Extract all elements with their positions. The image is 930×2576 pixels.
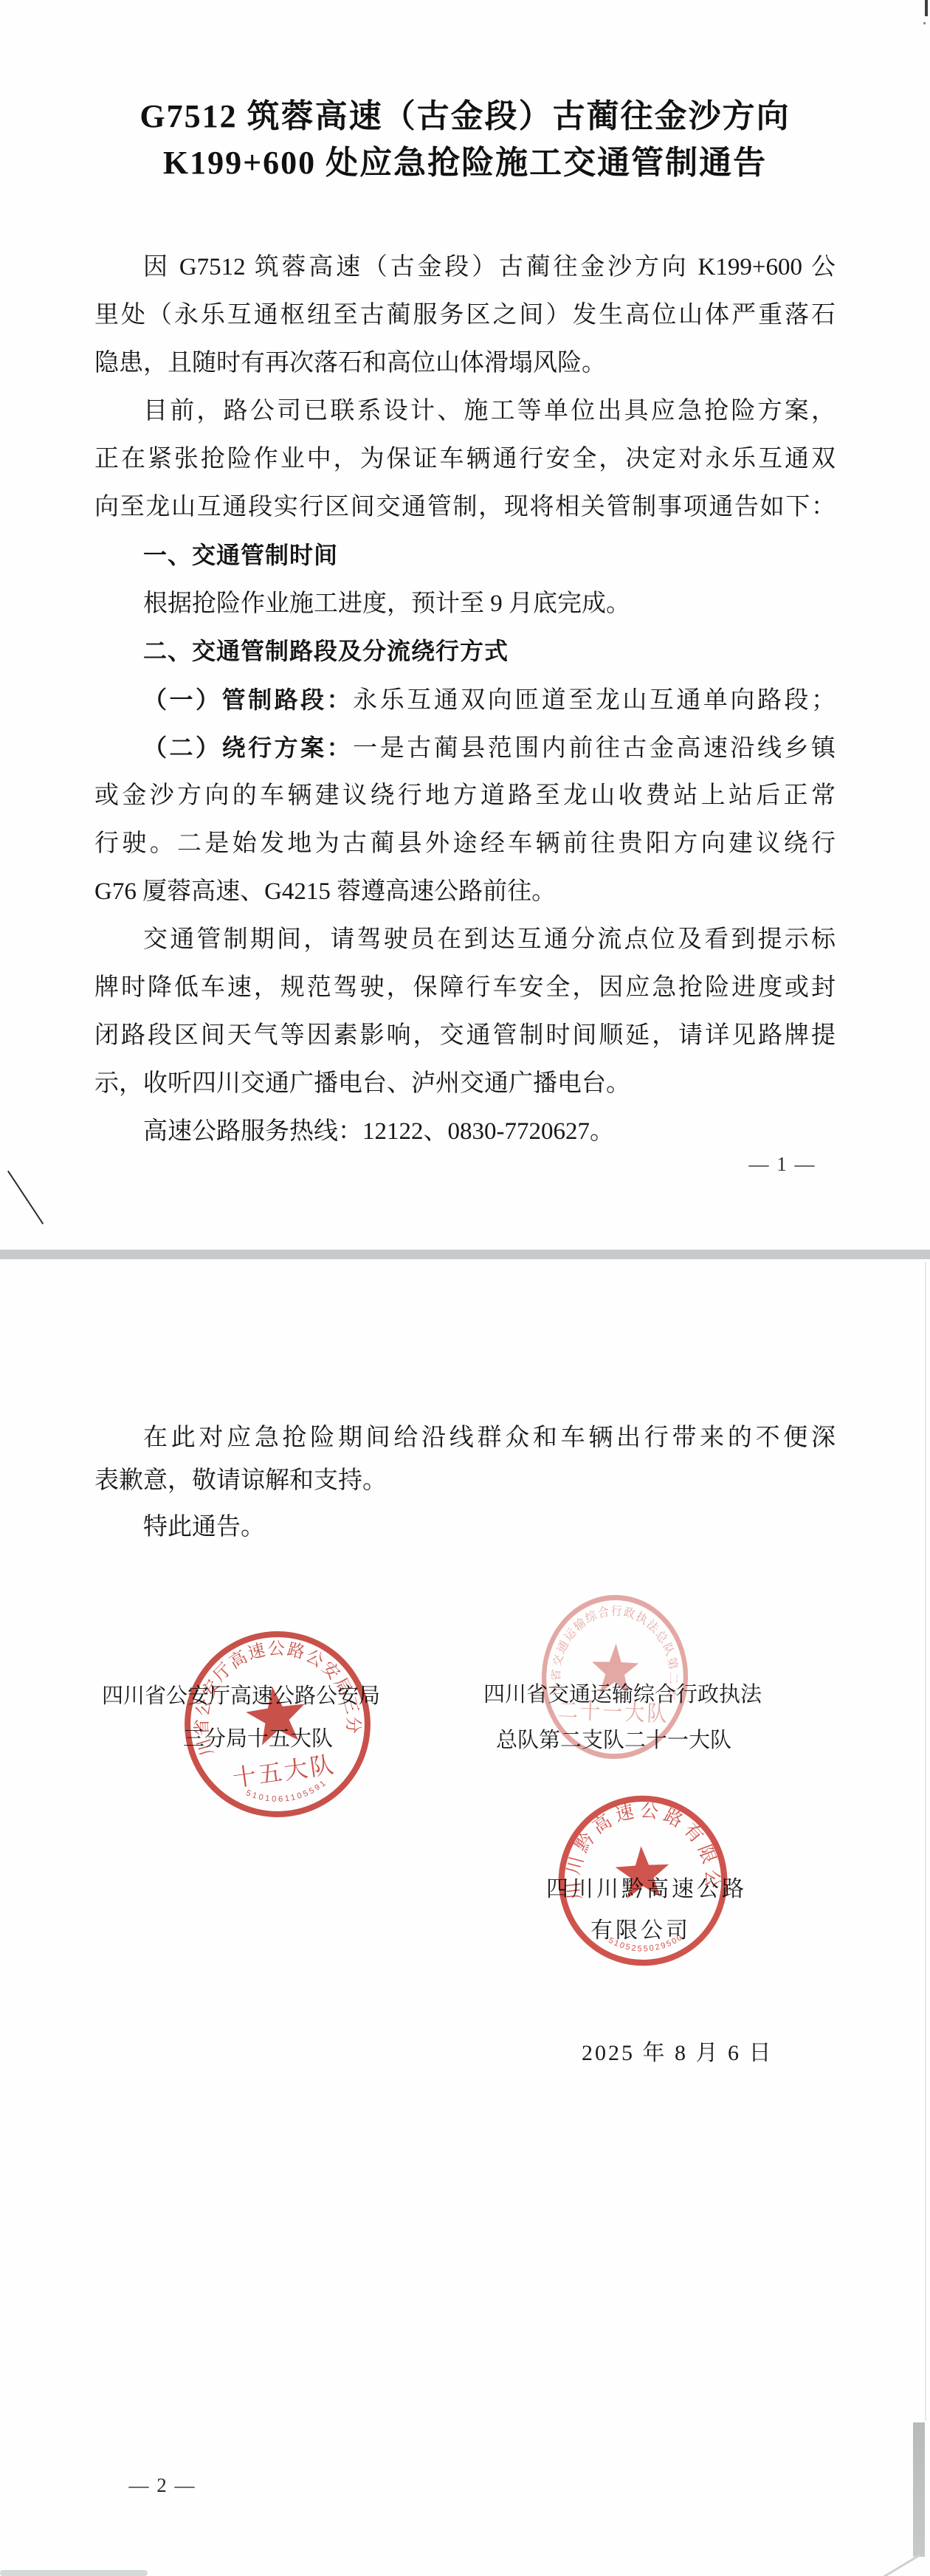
para1-line3: 隐患，且随时有再次落石和高位山体滑塌风险。	[94, 347, 836, 379]
item2-line2: 或金沙方向的车辆建议绕行地方道路至龙山收费站上站后正常	[94, 779, 836, 812]
police-seal-stamp: 四川省公安厅高速公路公安局三分局 十五大队 5101061105591	[164, 1611, 390, 1837]
para2-line2: 正在紧张抢险作业中，为保证车辆通行安全，决定对永乐互通双	[94, 443, 836, 475]
item2-line3: 行驶。二是始发地为古蔺县外途经车辆前往贵阳方向建议绕行	[94, 827, 836, 860]
para1-line2: 里处（永乐互通枢纽至古蔺服务区之间）发生高位山体严重落石	[94, 299, 836, 331]
para3-line1: 交通管制期间，请驾驶员在到达互通分流点位及看到提示标	[94, 923, 836, 956]
scanned-notice-document: G7512 筑蓉高速（古金段）古蔺往金沙方向 K199+600 处应急抢险施工交…	[0, 0, 930, 2576]
hotline-text: 高速公路服务热线：12122、0830-7720627。	[94, 1115, 836, 1148]
date-text: 2025 年 8 月 6 日	[582, 2040, 774, 2067]
section-heading-2: 二、交通管制路段及分流绕行方式	[143, 636, 509, 667]
para3-line4: 示，收听四川交通广播电台、泸州交通广播电台。	[94, 1067, 836, 1100]
scan-artifact-bottom-right-diagonal	[883, 2554, 920, 2576]
item2-line1-text: 一是古蔺县范围内前往古金高速沿线乡镇	[353, 735, 836, 762]
section-heading-1: 一、交通管制时间	[143, 540, 338, 571]
scan-artifact-top-right-dot	[923, 22, 926, 24]
scan-artifact-right-edge-line	[925, 1262, 926, 2421]
item1-label: 管制路段：	[222, 686, 354, 713]
para3-line3: 闭路段区间天气等因素影响，交通管制时间顺延，请详见路牌提	[94, 1019, 836, 1052]
enforcement-seal-star-icon	[591, 1643, 640, 1695]
company-seal-star-icon	[614, 1845, 670, 1899]
apology-line2: 表歉意，敬请谅解和支持。	[94, 1464, 836, 1497]
scan-artifact-right-edge-bar	[913, 2422, 925, 2557]
page-divider	[0, 1250, 930, 1259]
para2-line1: 目前，路公司已联系设计、施工等单位出具应急抢险方案，	[94, 395, 836, 427]
doc-title-line2: K199+600 处应急抢险施工交通管制通告	[0, 142, 930, 184]
notice-line: 特此通告。	[94, 1511, 836, 1543]
item1-line: （一）管制路段：永乐互通双向匝道至龙山互通单向路段；	[94, 683, 836, 717]
para2-line3: 向至龙山互通段实行区间交通管制，现将相关管制事项通告如下：	[94, 491, 836, 523]
scan-artifact-bottom-left-smudge	[0, 2570, 148, 2576]
para1-line1: 因 G7512 筑蓉高速（古金段）古蔺往金沙方向 K199+600 公	[94, 251, 836, 283]
police-seal-star-icon	[243, 1683, 309, 1747]
page2-number: — 2 —	[111, 2474, 214, 2497]
para3-line2: 牌时降低车速，规范驾驶，保障行车安全，因应急抢险进度或封	[94, 971, 836, 1004]
item2-label: 绕行方案：	[222, 734, 354, 761]
enforcement-seal-inner-text: 二十一大队	[557, 1698, 669, 1727]
scan-artifact-top-right-line	[925, 0, 928, 16]
item2-line4: G76 厦蓉高速、G4215 蓉遵高速公路前往。	[94, 875, 836, 908]
item2-prefix: （二）	[143, 734, 222, 761]
apology-line1: 在此对应急抢险期间给沿线群众和车辆出行带来的不便深	[94, 1422, 836, 1454]
enforcement-seal-stamp: 四川省交通运输综合行政执法总队第二支队 二十一大队	[533, 1585, 697, 1768]
doc-title-line1: G7512 筑蓉高速（古金段）古蔺往金沙方向	[0, 96, 930, 137]
item2-line1: （二）绕行方案：一是古蔺县范围内前往古金高速沿线乡镇	[94, 731, 836, 765]
page1-number: — 1 —	[731, 1153, 834, 1176]
item1-prefix: （一）	[143, 686, 222, 713]
item1-text: 永乐互通双向匝道至龙山互通单向路段；	[353, 687, 836, 714]
company-seal-serial: 5105255029500	[607, 1932, 686, 1956]
time-text: 根据抢险作业施工进度，预计至 9 月底完成。	[94, 588, 836, 620]
scan-artifact-pen-stroke	[7, 1171, 44, 1225]
svg-text:5105255029500: 5105255029500	[607, 1932, 686, 1956]
company-seal-stamp: 四川川黔高速公路有限公司 5105255029500	[548, 1785, 739, 1977]
